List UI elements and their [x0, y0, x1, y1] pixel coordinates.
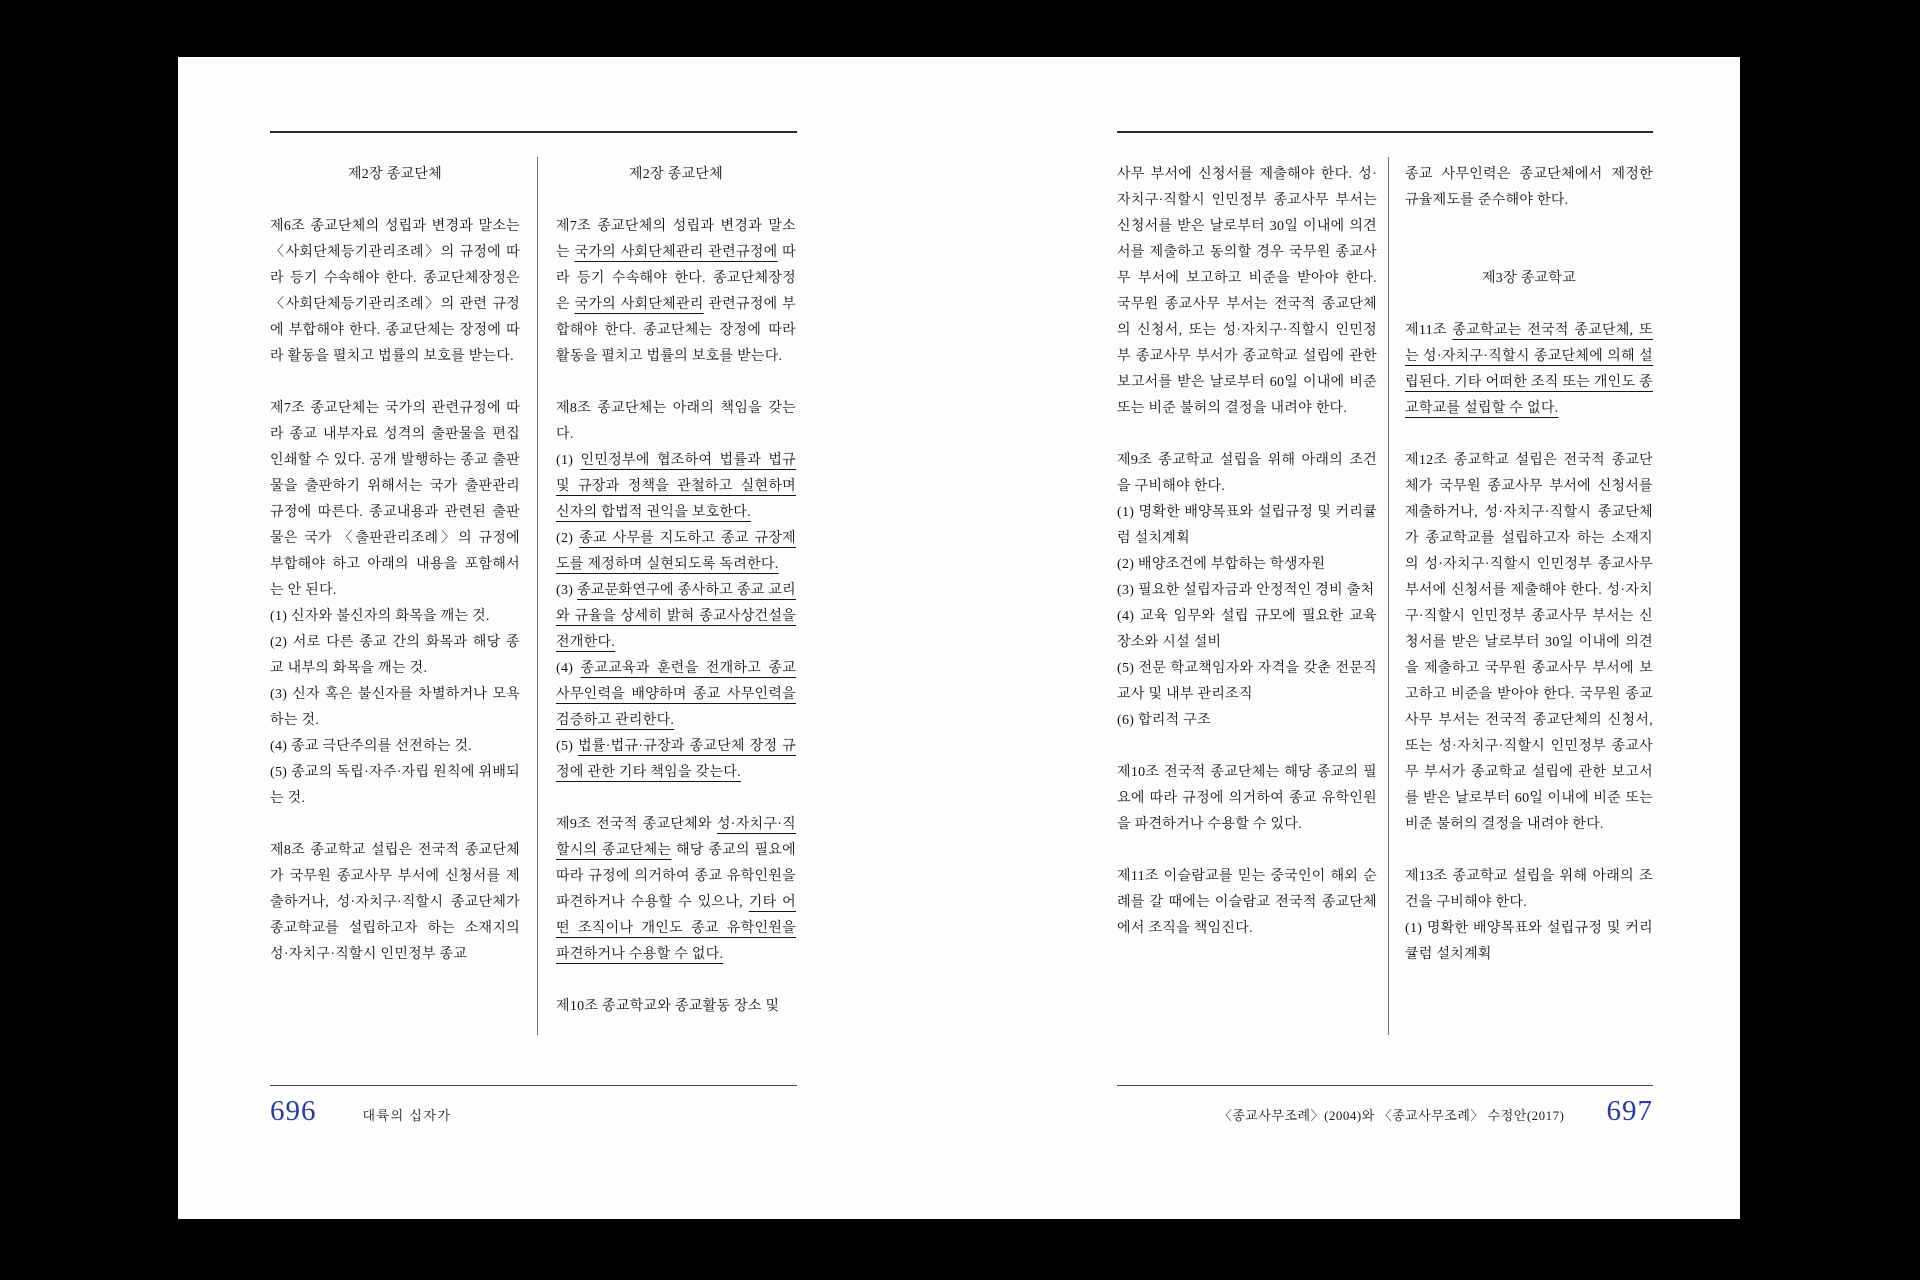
body-text: 종교 사무인력은 종교단체에서 제정한 규율제도를 준수해야 한다.	[1405, 167, 1653, 208]
article-paragraph: 제13조 종교학교 설립을 위해 아래의 조건을 구비해야 한다.	[1405, 864, 1653, 916]
body-text: 제10조 전국적 종교단체는 해당 종교의 필요에 따라 규정에 의거하여 종교…	[1117, 765, 1377, 832]
body-text: (6) 합리적 구조	[1117, 713, 1211, 728]
body-text: 제3장 종교학교	[1482, 271, 1576, 286]
body-text: 제11조 이슬람교를 믿는 중국인이 해외 순례를 갈 때에는 이슬람교 전국적…	[1117, 869, 1377, 936]
body-text: 제8조 종교학교 설립은 전국적 종교단체가 국무원 종교사무 부서에 신청서를…	[270, 843, 520, 962]
body-text: (3) 신자 혹은 불신자를 차별하거나 모욕하는 것.	[270, 687, 520, 728]
body-text: (1) 명확한 배양목표와 설립규정 및 커리큘럼 설치계획	[1117, 505, 1377, 546]
body-text: 제8조 종교단체는 아래의 책임을 갖는다.	[556, 401, 796, 442]
chapter-heading: 제3장 종교학교	[1405, 266, 1653, 292]
body-text: (3) 필요한 설립자금과 안정적인 경비 출처	[1117, 583, 1374, 598]
article-paragraph: (2) 배양조건에 부합하는 학생자원	[1117, 552, 1377, 578]
article-paragraph: 제8조 종교단체는 아래의 책임을 갖는다.	[556, 396, 796, 448]
article-paragraph: 제7조 종교단체의 성립과 변경과 말소는 국가의 사회단체관리 관련규정에 따…	[556, 214, 796, 370]
revised-underlined-text: 국가의 사회단체관리 관련규정에	[575, 245, 778, 260]
right-page-number: 697	[1607, 1095, 1654, 1128]
article-paragraph: 제7조 종교단체는 국가의 관련규정에 따라 종교 내부자료 성격의 출판물을 …	[270, 396, 520, 604]
article-paragraph: (1) 명확한 배양목표와 설립규정 및 커리큘럼 설치계획	[1117, 500, 1377, 552]
body-text: (5) 종교의 독립·자주·자립 원칙에 위배되는 것.	[270, 765, 520, 806]
body-text: 제6조 종교단체의 성립과 변경과 말소는 〈사회단체등기관리조례〉의 규정에 …	[270, 219, 520, 364]
right-page-header-rule	[1117, 131, 1653, 133]
left-page-column-2004: 제2장 종교단체제6조 종교단체의 성립과 변경과 말소는 〈사회단체등기관리조…	[270, 149, 520, 1095]
right-page-footer: 〈종교사무조례〉(2004)와 〈종교사무조례〉 수정안(2017) 697	[1117, 1095, 1653, 1128]
article-paragraph: 제6조 종교단체의 성립과 변경과 말소는 〈사회단체등기관리조례〉의 규정에 …	[270, 214, 520, 370]
article-paragraph: 제8조 종교학교 설립은 전국적 종교단체가 국무원 종교사무 부서에 신청서를…	[270, 838, 520, 968]
left-page-header-rule	[270, 131, 797, 133]
article-paragraph: (3) 종교문화연구에 종사하고 종교 교리와 규율을 상세히 밝혀 종교사상건…	[556, 578, 796, 656]
right-page-column-divider	[1388, 157, 1389, 1035]
body-text: (2)	[556, 531, 579, 546]
book-title: 대륙의 십자가	[363, 1105, 452, 1124]
body-text: (5)	[556, 739, 578, 754]
article-paragraph: (3) 필요한 설립자금과 안정적인 경비 출처	[1117, 578, 1377, 604]
chapter-heading: 제2장 종교단체	[270, 162, 520, 188]
article-paragraph: 제11조 이슬람교를 믿는 중국인이 해외 순례를 갈 때에는 이슬람교 전국적…	[1117, 864, 1377, 942]
article-paragraph: 제9조 전국적 종교단체와 성·자치구·직할시의 종교단체는 해당 종교의 필요…	[556, 812, 796, 968]
body-text: 사무 부서에 신청서를 제출해야 한다. 성·자치구·직할시 인민정부 종교사무…	[1117, 167, 1377, 416]
chapter-heading: 제2장 종교단체	[556, 162, 796, 188]
body-text: (4)	[556, 661, 581, 676]
article-paragraph: (6) 합리적 구조	[1117, 708, 1377, 734]
article-paragraph: 제9조 종교학교 설립을 위해 아래의 조건을 구비해야 한다.	[1117, 448, 1377, 500]
body-text: 제7조 종교단체는 국가의 관련규정에 따라 종교 내부자료 성격의 출판물을 …	[270, 401, 520, 598]
article-paragraph: 사무 부서에 신청서를 제출해야 한다. 성·자치구·직할시 인민정부 종교사무…	[1117, 162, 1377, 422]
article-paragraph: (1) 인민정부에 협조하여 법률과 법규 및 규장과 정책을 관철하고 실현하…	[556, 448, 796, 526]
revised-underlined-text: 인민정부에 협조하여 법률과 법규 및 규장과 정책을 관철하고 실현하며 신자…	[556, 453, 796, 520]
article-paragraph: 제11조 종교학교는 전국적 종교단체, 또는 성·자치구·직할시 종교단체에 …	[1405, 318, 1653, 422]
body-text: (4) 종교 극단주의를 선전하는 것.	[270, 739, 472, 754]
body-text: 제10조 종교학교와 종교활동 장소 및	[556, 999, 779, 1014]
revised-underlined-text: 종교문화연구에 종사하고 종교 교리와 규율을 상세히 밝혀 종교사상건설을 전…	[556, 583, 796, 650]
body-text: 제9조 전국적 종교단체와	[556, 817, 717, 832]
body-text: (1)	[556, 453, 581, 468]
body-text: (4) 교육 임무와 설립 규모에 필요한 교육장소와 시설 설비	[1117, 609, 1377, 650]
left-page-column-divider	[537, 157, 538, 1035]
article-paragraph: (1) 신자와 불신자의 화목을 깨는 것.	[270, 604, 520, 630]
book-spread: 제2장 종교단체제6조 종교단체의 성립과 변경과 말소는 〈사회단체등기관리조…	[178, 57, 1740, 1219]
body-text: 제13조 종교학교 설립을 위해 아래의 조건을 구비해야 한다.	[1405, 869, 1653, 910]
article-paragraph: (1) 명확한 배양목표와 설립규정 및 커리큘럼 설치계획	[1405, 916, 1653, 968]
body-text: (5) 전문 학교책임자와 자격을 갖춘 전문직 교사 및 내부 관리조직	[1117, 661, 1377, 702]
article-paragraph: (5) 종교의 독립·자주·자립 원칙에 위배되는 것.	[270, 760, 520, 812]
article-paragraph: 종교 사무인력은 종교단체에서 제정한 규율제도를 준수해야 한다.	[1405, 162, 1653, 214]
article-paragraph: (2) 종교 사무를 지도하고 종교 규장제도를 제정하며 실현되도록 독려한다…	[556, 526, 796, 578]
revised-underlined-text: 국가의 사회단체관리	[575, 297, 704, 312]
body-text: 제11조	[1405, 323, 1452, 338]
article-paragraph: 제12조 종교학교 설립은 전국적 종교단체가 국무원 종교사무 부서에 신청서…	[1405, 448, 1653, 838]
revised-underlined-text: 종교교육과 훈련을 전개하고 종교 사무인력을 배양하며 종교 사무인력을 검증…	[556, 661, 796, 728]
body-text: (1) 명확한 배양목표와 설립규정 및 커리큘럼 설치계획	[1405, 921, 1653, 962]
left-page-column-2017: 제2장 종교단체제7조 종교단체의 성립과 변경과 말소는 국가의 사회단체관리…	[556, 149, 796, 1095]
article-paragraph: (2) 서로 다른 종교 간의 화목과 해당 종교 내부의 화목을 깨는 것.	[270, 630, 520, 682]
article-paragraph: (4) 종교 극단주의를 선전하는 것.	[270, 734, 520, 760]
article-paragraph: (4) 교육 임무와 설립 규모에 필요한 교육장소와 시설 설비	[1117, 604, 1377, 656]
body-text: 제12조 종교학교 설립은 전국적 종교단체가 국무원 종교사무 부서에 신청서…	[1405, 453, 1653, 832]
right-page-column-2017: 종교 사무인력은 종교단체에서 제정한 규율제도를 준수해야 한다.제3장 종교…	[1405, 149, 1653, 1095]
article-paragraph: 제10조 종교학교와 종교활동 장소 및	[556, 994, 796, 1020]
left-page-number: 696	[270, 1095, 317, 1128]
body-text: 제9조 종교학교 설립을 위해 아래의 조건을 구비해야 한다.	[1117, 453, 1377, 494]
article-paragraph: (3) 신자 혹은 불신자를 차별하거나 모욕하는 것.	[270, 682, 520, 734]
body-text: (2) 서로 다른 종교 간의 화목과 해당 종교 내부의 화목을 깨는 것.	[270, 635, 520, 676]
chapter-footer-title: 〈종교사무조례〉(2004)와 〈종교사무조례〉 수정안(2017)	[1219, 1105, 1565, 1124]
screenshot-root: { "background": "#000000", "paper_color"…	[0, 0, 1920, 1280]
body-text: (3)	[556, 583, 577, 598]
revised-underlined-text: 법률·법규·규장과 종교단체 장정 규정에 관한 기타 책임을 갖는다.	[556, 739, 796, 780]
left-page-footer: 696 대륙의 십자가	[270, 1095, 797, 1128]
body-text: (1) 신자와 불신자의 화목을 깨는 것.	[270, 609, 490, 624]
article-paragraph: 제10조 전국적 종교단체는 해당 종교의 필요에 따라 규정에 의거하여 종교…	[1117, 760, 1377, 838]
right-page-footer-rule	[1117, 1085, 1653, 1086]
article-paragraph: (4) 종교교육과 훈련을 전개하고 종교 사무인력을 배양하며 종교 사무인력…	[556, 656, 796, 734]
right-page-column-2004: 사무 부서에 신청서를 제출해야 한다. 성·자치구·직할시 인민정부 종교사무…	[1117, 149, 1377, 1095]
revised-underlined-text: 종교 사무를 지도하고 종교 규장제도를 제정하며 실현되도록 독려한다.	[556, 531, 796, 572]
article-paragraph: (5) 전문 학교책임자와 자격을 갖춘 전문직 교사 및 내부 관리조직	[1117, 656, 1377, 708]
article-paragraph: (5) 법률·법규·규장과 종교단체 장정 규정에 관한 기타 책임을 갖는다.	[556, 734, 796, 786]
left-page-footer-rule	[270, 1085, 797, 1086]
body-text: (2) 배양조건에 부합하는 학생자원	[1117, 557, 1325, 572]
